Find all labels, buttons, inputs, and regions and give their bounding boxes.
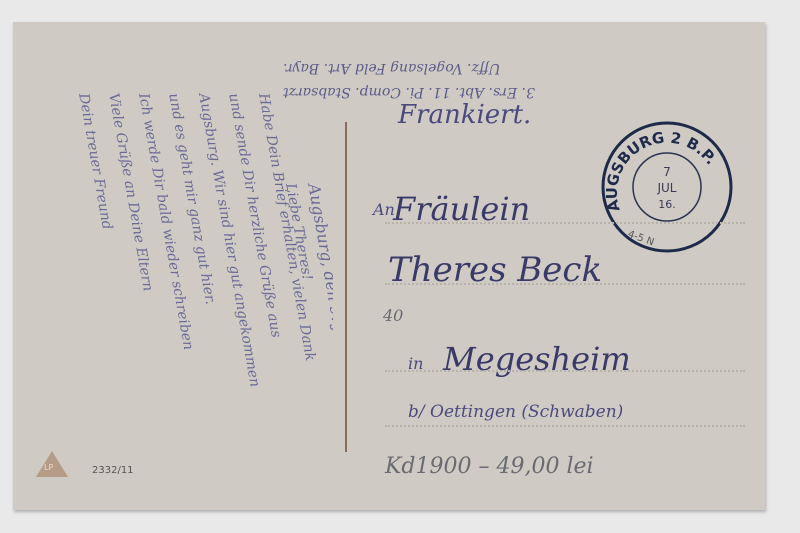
pencil-note: 40 bbox=[383, 306, 403, 325]
upside-down-sender-note: 3. Ers. Abt. 11. Pi. Comp. Stabsarzt Uff… bbox=[283, 56, 723, 104]
franking-note: Frankiert. bbox=[398, 100, 531, 130]
letter-date: Augsburg, den 9. Juli 1916 bbox=[304, 182, 333, 399]
address-line bbox=[385, 425, 745, 427]
address-salutation: An bbox=[373, 200, 395, 219]
pencil-inventory-note: Kd1900 – 49,00 lei bbox=[385, 454, 594, 479]
address-town: Megesheim bbox=[443, 340, 631, 378]
address-line bbox=[385, 283, 745, 285]
vertical-divider bbox=[345, 122, 347, 452]
address-district: b/ Oettingen (Schwaben) bbox=[408, 402, 623, 422]
address-line bbox=[385, 370, 745, 372]
svg-text:7: 7 bbox=[663, 165, 671, 179]
svg-text:16.: 16. bbox=[658, 198, 676, 211]
publisher-logo-text: LP bbox=[44, 463, 53, 472]
sender-line-2: Uffz. Vogelsang Feld Art. Bayr. bbox=[283, 56, 723, 80]
postmark-stamp: AUGSBURG 2 B.P. 7 JUL 16. 4-5 N bbox=[598, 118, 736, 256]
letter-text: Augsburg, den 9. Juli 1916 Liebe Theres!… bbox=[33, 82, 333, 482]
publisher-number: 2332/11 bbox=[92, 465, 134, 476]
svg-text:JUL: JUL bbox=[656, 181, 676, 195]
postcard: 3. Ers. Abt. 11. Pi. Comp. Stabsarzt Uff… bbox=[13, 22, 765, 510]
address-line bbox=[385, 222, 745, 224]
